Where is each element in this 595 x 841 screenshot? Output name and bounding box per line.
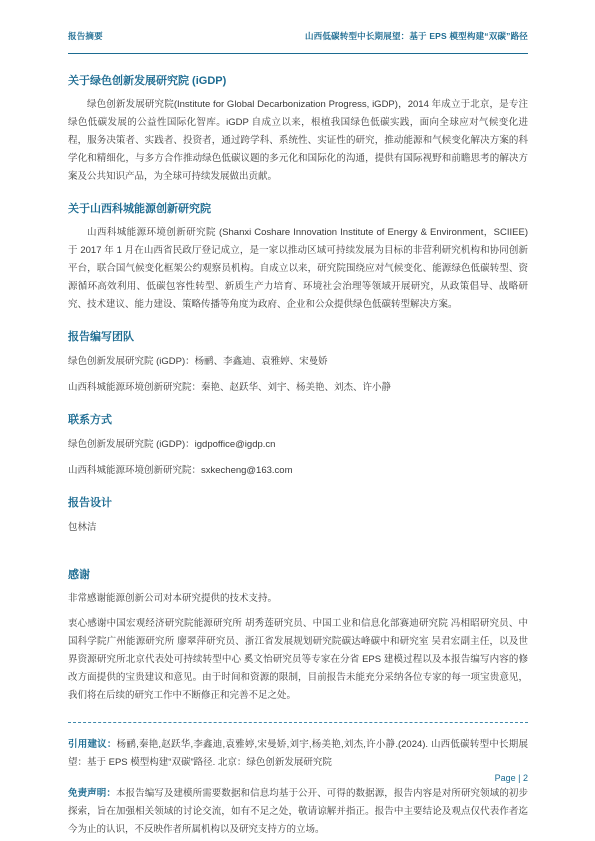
disclaimer-label: 免责声明：	[68, 788, 116, 799]
page-header: 报告摘要 山西低碳转型中长期展望：基于 EPS 模型构建“双碳”路径	[68, 30, 528, 42]
disclaimer-text: 本报告编写及建模所需要数据和信息均基于公开、可得的数据源，报告内容是对所研究领域…	[68, 788, 528, 835]
team-igdp-line: 绿色创新发展研究院 (iGDP)：杨鹂、李鑫迪、袁雅婷、宋曼娇	[68, 353, 528, 371]
section-heading-contact: 联系方式	[68, 412, 528, 428]
contact-igdp-line: 绿色创新发展研究院 (iGDP)：igdpoffice@igdp.cn	[68, 436, 528, 454]
about-igdp-paragraph: 绿色创新发展研究院(Institute for Global Decarboni…	[68, 96, 528, 186]
citation-text: 杨鹂,秦艳,赵跃华,李鑫迪,袁雅婷,宋曼娇,刘宇,杨美艳,刘杰,许小静.(202…	[68, 739, 528, 768]
header-divider	[68, 53, 528, 54]
header-report-title: 山西低碳转型中长期展望：基于 EPS 模型构建“双碳”路径	[305, 30, 528, 42]
section-heading-thanks: 感谢	[68, 567, 528, 583]
page-number: Page | 2	[495, 773, 528, 783]
citation-note: 引用建议：杨鹂,秦艳,赵跃华,李鑫迪,袁雅婷,宋曼娇,刘宇,杨美艳,刘杰,许小静…	[68, 736, 528, 772]
design-name: 包林洁	[68, 519, 528, 537]
report-summary-page: 报告摘要 山西低碳转型中长期展望：基于 EPS 模型构建“双碳”路径 关于绿色创…	[0, 0, 595, 841]
contact-sciiee-line: 山西科城能源环境创新研究院：sxkecheng@163.com	[68, 462, 528, 480]
team-sciiee-line: 山西科城能源环境创新研究院：秦艳、赵跃华、刘宇、杨美艳、刘杰、许小静	[68, 379, 528, 397]
thanks-paragraph-1: 非常感谢能源创新公司对本研究提供的技术支持。	[68, 590, 528, 608]
section-heading-team: 报告编写团队	[68, 329, 528, 345]
header-section-title: 报告摘要	[68, 30, 103, 42]
section-heading-design: 报告设计	[68, 495, 528, 511]
about-sciiee-paragraph: 山西科城能源环境创新研究院 (Shanxi Coshare Innovation…	[68, 224, 528, 314]
section-divider-dashed	[68, 722, 528, 723]
section-heading-about-sciiee: 关于山西科城能源创新研究院	[68, 201, 528, 217]
disclaimer-note: 免责声明：本报告编写及建模所需要数据和信息均基于公开、可得的数据源，报告内容是对…	[68, 785, 528, 839]
section-heading-about-igdp: 关于绿色创新发展研究院 (iGDP)	[68, 73, 528, 89]
citation-label: 引用建议：	[68, 739, 117, 750]
thanks-paragraph-2: 衷心感谢中国宏观经济研究院能源研究所 胡秀莲研究员、中国工业和信息化部赛迪研究院…	[68, 615, 528, 705]
